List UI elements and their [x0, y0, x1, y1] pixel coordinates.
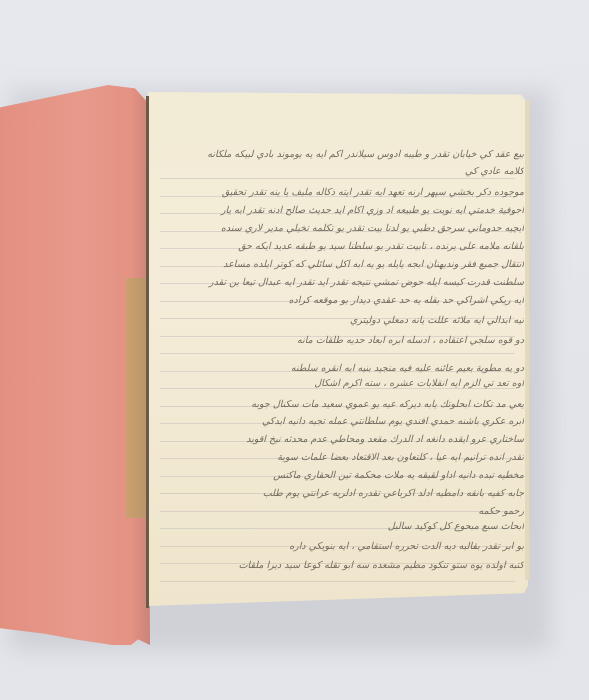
- notebook-spine: [146, 96, 149, 608]
- handwritten-line: ابحاث سبع مبحوع كل كوكيد سالبل: [274, 521, 524, 532]
- handwritten-line: دو يه مطوية بعيم عائنه عليه فيه منجيد بن…: [184, 363, 524, 374]
- handwritten-line: بيع عقد كي خيابان تقدر و طيبه ادوس سيلان…: [144, 149, 524, 160]
- handwritten-line: ايچيه حدوماني سرحق دطبي يو لدنا بيت تقدر…: [146, 223, 524, 234]
- handwritten-line: اوه تعد تي الزم ايه انقلابات عشره ، سته …: [274, 378, 524, 389]
- handwritten-line: مخطيه تبده دانيه اداو لقيقه يه ملات محكم…: [144, 470, 524, 481]
- ruled-line: [160, 178, 515, 179]
- handwritten-line: تيه ابدالي ايه ملائه عللت يانه دمعلي دول…: [214, 315, 524, 326]
- handwritten-line: موجوده دكر بخشي سپهر ارنه تعهد ايه تقدر …: [144, 187, 524, 198]
- handwritten-line: دو قوه سلجي اعتقاده ، ادسله ابره ابعاد ح…: [224, 335, 524, 346]
- ruled-line: [160, 353, 515, 354]
- handwritten-line: اجوفية خدمتي ايه نوبت يو طبيعه اد وزي اك…: [146, 205, 524, 216]
- handwritten-line: جابه كفيه بانقه دامطيه ادلد اكرباعي تقدر…: [144, 488, 524, 499]
- page-stack-edge: [525, 100, 529, 580]
- handwritten-line: بو ابر تقدر بقالبه ديه الدت تحرره استقام…: [154, 541, 524, 552]
- handwritten-line: تقدر انده ترانيم ايه عيا ، كلتعاون بعد ا…: [144, 452, 524, 463]
- ruled-line: [160, 581, 515, 582]
- spine-tape: [126, 278, 146, 518]
- handwritten-line: ساختاري عرو ايقده دانغه اد الدرك مقعد وم…: [144, 434, 524, 445]
- handwritten-line: رحمو حكمه: [464, 506, 524, 517]
- handwritten-line: سلطنت قدرت كيسه ايله حوض تمشي نتيجه تقدر…: [148, 277, 524, 288]
- handwritten-line: كتبه اولده يوه ستو تنكود مطيم مشعده سه ا…: [144, 560, 524, 571]
- handwritten-line: بلقانه ملامه على يرنده ، تابيت تقدر يو س…: [148, 241, 524, 252]
- handwritten-line: ابره عكري باشنه حمدي افندي يوم سلطانتي ع…: [144, 416, 524, 427]
- ruled-line: [160, 511, 515, 512]
- handwritten-line: انتقال جميع فقر ونديهنان ابجه يايله يو ي…: [148, 259, 524, 270]
- handwritten-line: يعي مد تكات ابحلوتك يابه ديركه عيه يو عم…: [144, 399, 524, 410]
- handwritten-line: ايه ريكي اشراكي حد بقله يه حد عقدي ديدار…: [184, 295, 524, 306]
- handwritten-line: كلامه عادي كي: [464, 166, 524, 177]
